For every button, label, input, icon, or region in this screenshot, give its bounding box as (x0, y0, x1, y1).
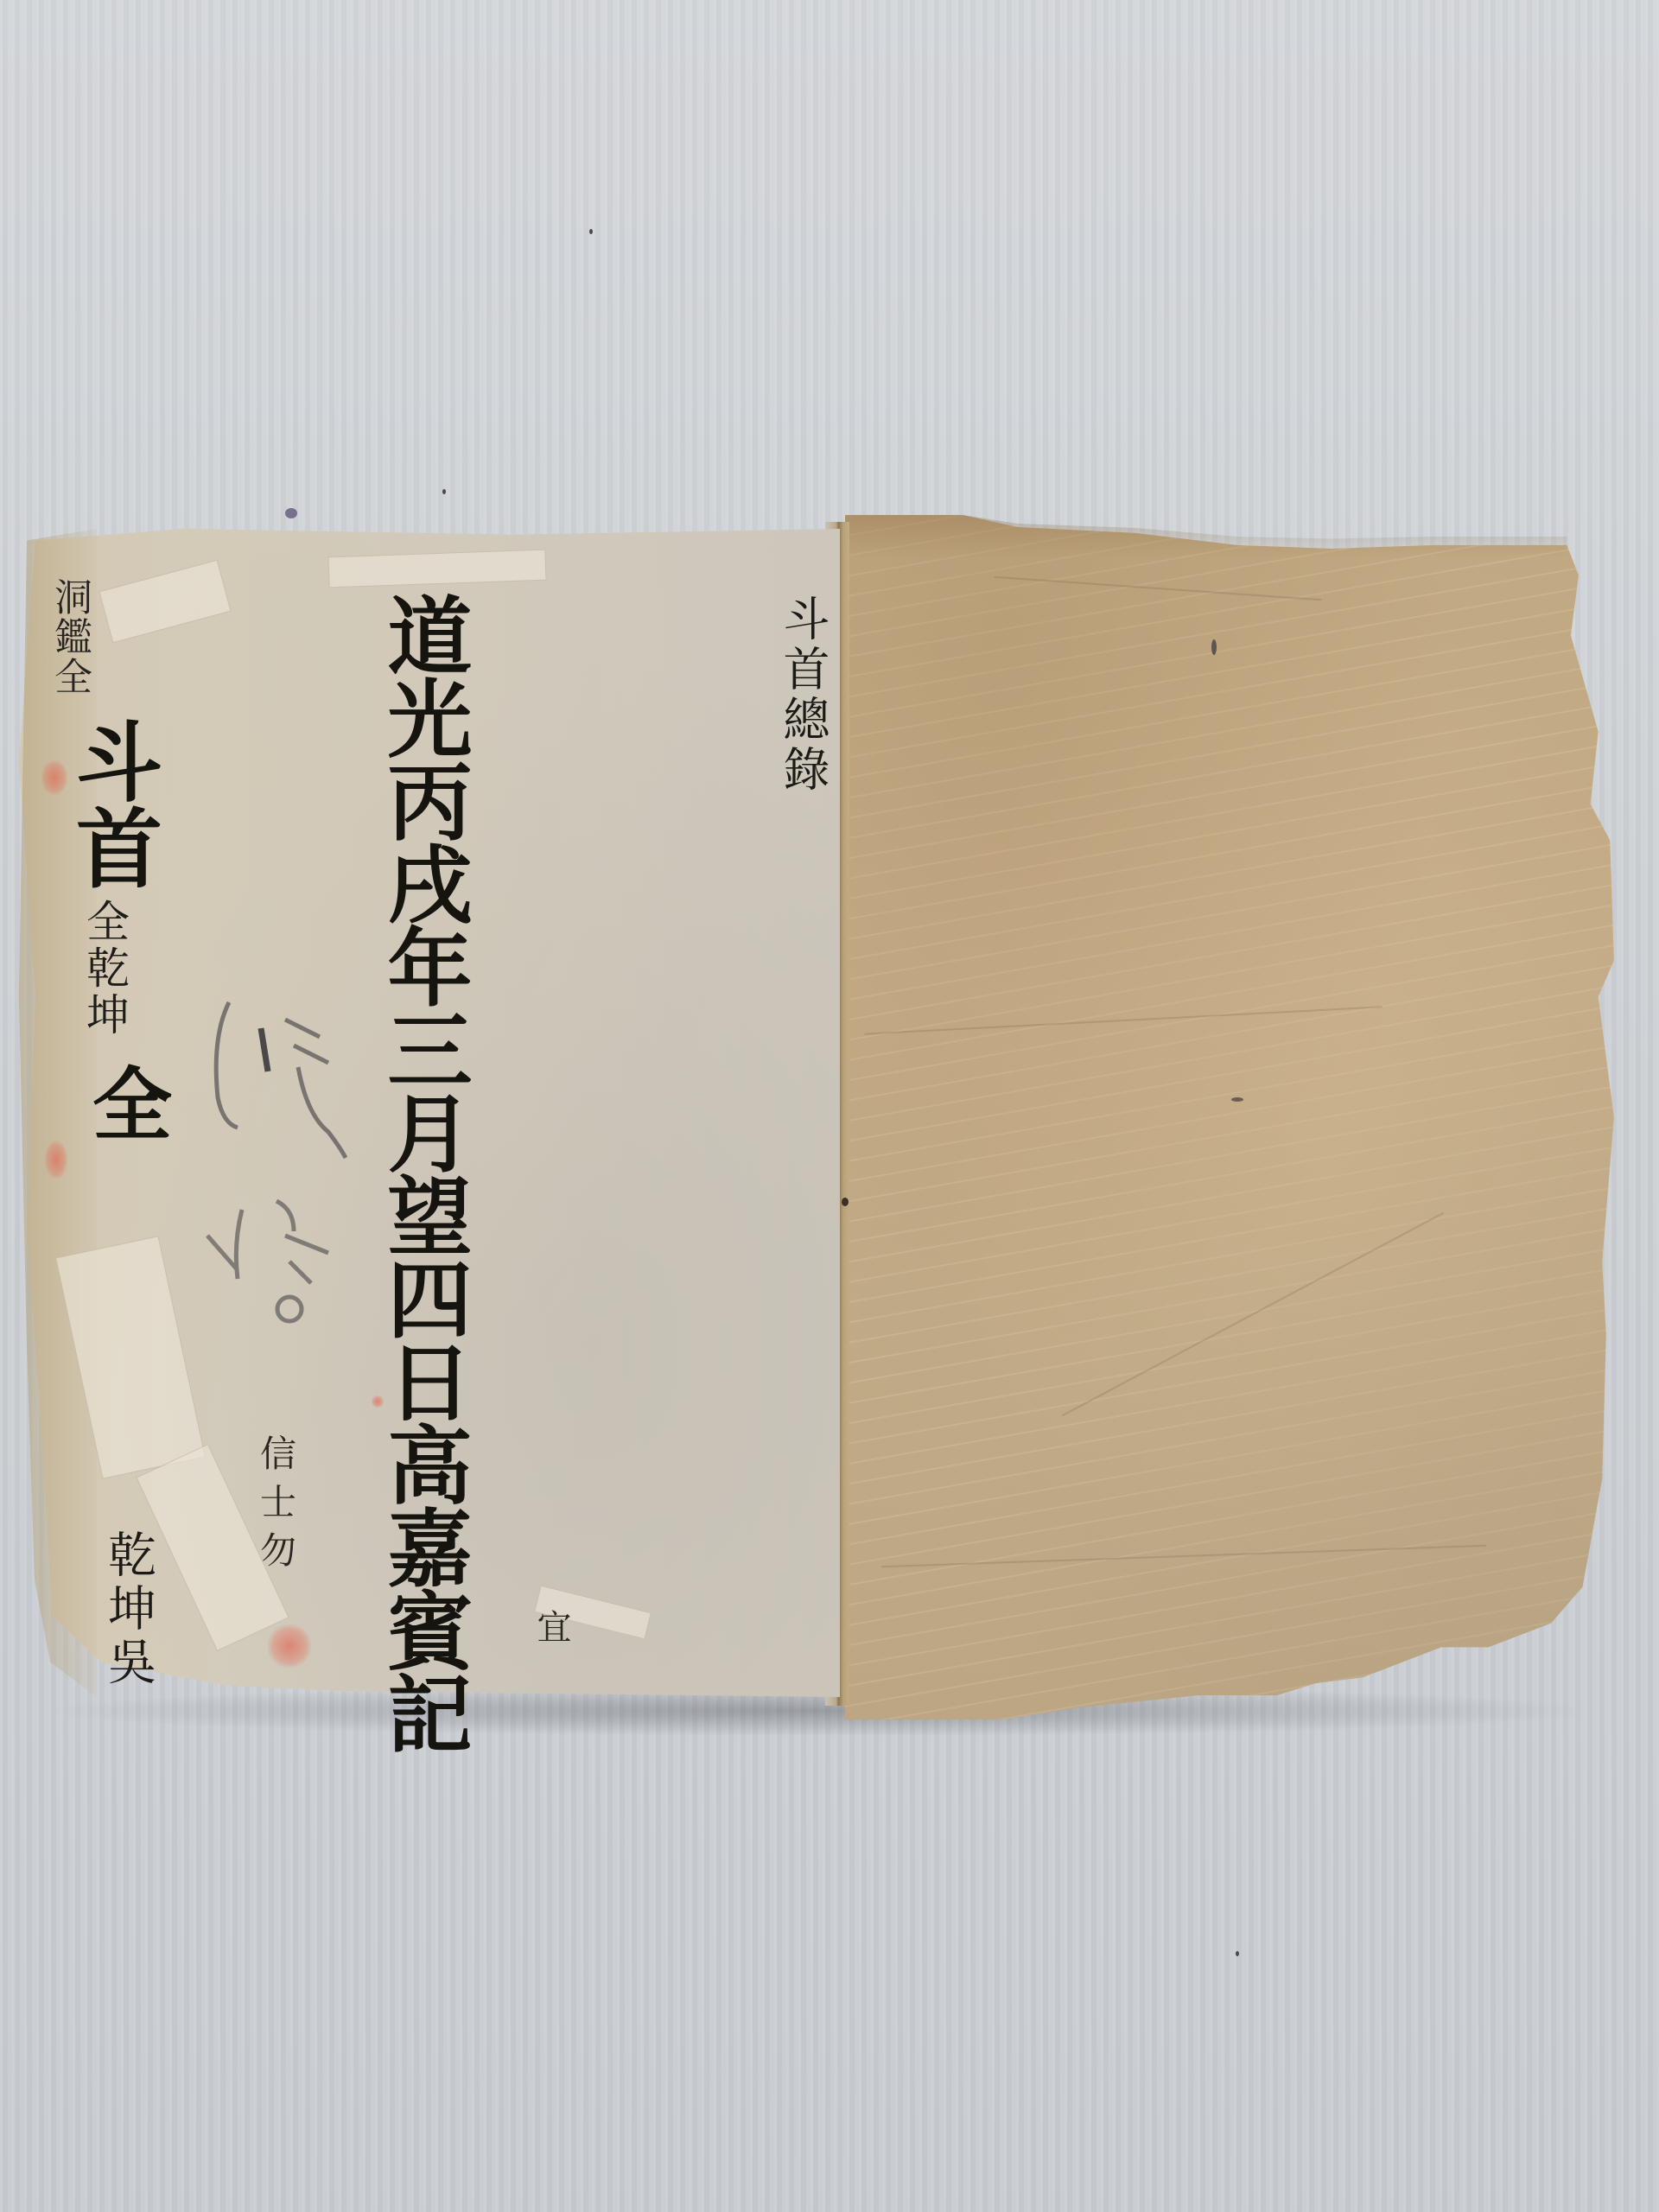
donor-column-text: 信士勿 (257, 1434, 294, 1580)
right-page-blank (845, 515, 1630, 1719)
open-manuscript-book: 道光丙戌年三月望四日高嘉賓記 斗首總錄 洞鑑全 斗首 全乾坤 全 乾坤吳 信士勿… (0, 0, 1659, 2212)
paper-spot (1231, 1097, 1243, 1102)
cover-subtitle: 全乾坤 (83, 899, 126, 1039)
cover-title-large-second: 全 (86, 1063, 166, 1142)
binding-hole (842, 1198, 849, 1206)
spine-side-label: 斗首總錄 (779, 594, 826, 795)
main-date-inscription: 道光丙戌年三月望四日高嘉賓記 (380, 592, 465, 1753)
paper-spot (1211, 639, 1217, 655)
red-seal-mark (45, 1141, 67, 1179)
right-page-worn-edge (845, 515, 1630, 558)
cover-title-large: 斗首 (69, 717, 156, 890)
small-marginal-note: 宜 (534, 1609, 569, 1643)
cover-title-small: 洞鑑全 (50, 577, 88, 696)
faint-cursive-marks (199, 985, 354, 1331)
red-seal-mark (268, 1624, 311, 1668)
lower-left-inscription: 乾坤吳 (104, 1529, 152, 1690)
